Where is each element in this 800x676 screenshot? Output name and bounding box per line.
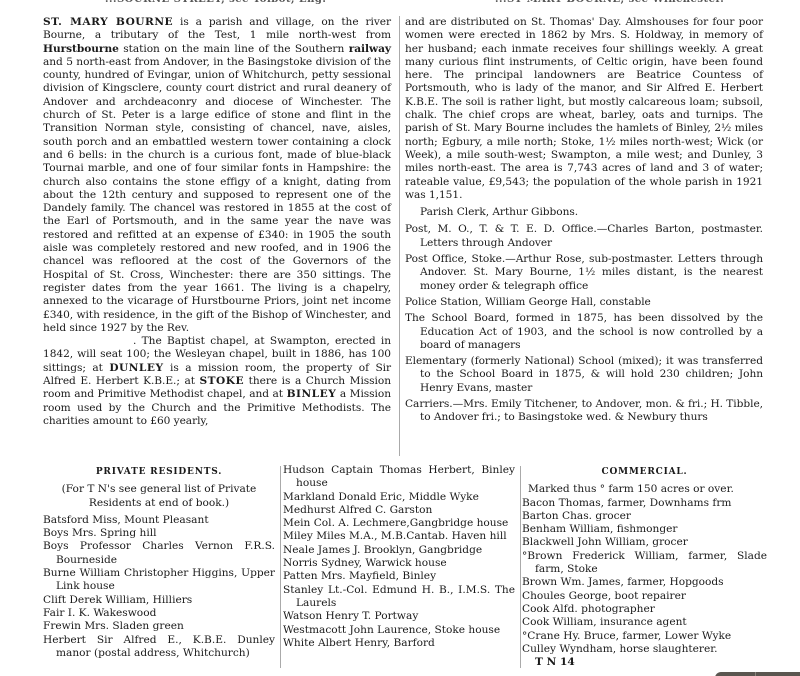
running-head-right: ...ST MARY BOURNE, see Winchester. bbox=[495, 0, 724, 4]
article-paragraph-2: . The Baptist chapel, at Swampton, erect… bbox=[43, 335, 391, 428]
list-item: Boys Professor Charles Vernon F.R.S. Bou… bbox=[43, 540, 275, 567]
parish-clerk: Parish Clerk, Arthur Gibbons. bbox=[405, 206, 763, 219]
running-head-left: ...SOURNE STREET, see Tolbot, Eng. bbox=[105, 0, 326, 4]
column-divider bbox=[399, 16, 400, 456]
list-item: Boys Mrs. Spring hill bbox=[43, 527, 275, 540]
official-entry: Elementary (formerly National) School (m… bbox=[405, 355, 763, 395]
column-divider bbox=[520, 466, 521, 668]
official-entry: The School Board, formed in 1875, has be… bbox=[405, 312, 763, 352]
article-continuation: and are distributed on St. Thomas' Day. … bbox=[405, 16, 763, 202]
private-residents-column-2: Hudson Captain Thomas Herbert, Binley ho… bbox=[283, 466, 515, 650]
page-code: T N 14 bbox=[522, 656, 767, 669]
list-item: Miley Miles M.A., M.B.Cantab. Haven hill bbox=[283, 530, 515, 543]
private-residents-heading: PRIVATE RESIDENTS. bbox=[43, 466, 275, 479]
list-item: Cook Alfd. photographer bbox=[522, 603, 767, 616]
list-item: Brown Wm. James, farmer, Hopgoods bbox=[522, 576, 767, 589]
list-item: Benham William, fishmonger bbox=[522, 523, 767, 536]
article-left-column: ST. MARY BOURNE is a parish and village,… bbox=[43, 16, 391, 428]
column-divider bbox=[280, 466, 281, 668]
list-item: Burne William Christopher Higgins, Upper… bbox=[43, 567, 275, 594]
list-item: Frewin Mrs. Sladen green bbox=[43, 620, 275, 633]
list-item: Westmacott John Laurence, Stoke house bbox=[283, 624, 515, 637]
list-item: Patten Mrs. Mayfield, Binley bbox=[283, 570, 515, 583]
list-item: Herbert Sir Alfred E., K.B.E. Dunley man… bbox=[43, 634, 275, 661]
commercial-heading: COMMERCIAL. bbox=[522, 466, 767, 479]
list-item: Clift Derek William, Hilliers bbox=[43, 594, 275, 607]
list-item: Culley Wyndham, horse slaughterer. bbox=[522, 643, 767, 656]
private-residents-list-1: Batsford Miss, Mount Pleasant Boys Mrs. … bbox=[43, 514, 275, 660]
commercial-list: Bacon Thomas, farmer, Downhams frm Barto… bbox=[522, 497, 767, 657]
list-item: Fair I. K. Wakeswood bbox=[43, 607, 275, 620]
official-entry: Police Station, William George Hall, con… bbox=[405, 296, 763, 309]
commercial-column: COMMERCIAL. Marked thus ° farm 150 acres… bbox=[522, 466, 767, 669]
private-residents-column-1: PRIVATE RESIDENTS. (For T N's see genera… bbox=[43, 466, 275, 660]
list-item: Blackwell John William, grocer bbox=[522, 536, 767, 549]
list-item: Norris Sydney, Warwick house bbox=[283, 557, 515, 570]
running-head: ...SOURNE STREET, see Tolbot, Eng. ...ST… bbox=[0, 0, 800, 4]
article-paragraph-1: ST. MARY BOURNE is a parish and village,… bbox=[43, 16, 391, 335]
commercial-note: Marked thus ° farm 150 acres or over. bbox=[522, 483, 767, 496]
list-item: Markland Donald Eric, Middle Wyke bbox=[283, 491, 515, 504]
list-item: Stanley Lt.-Col. Edmund H. B., I.M.S. Th… bbox=[283, 584, 515, 611]
list-item: Batsford Miss, Mount Pleasant bbox=[43, 514, 275, 527]
private-residents-note: (For T N's see general list of Private R… bbox=[43, 483, 275, 510]
list-item: Hudson Captain Thomas Herbert, Binley ho… bbox=[283, 464, 515, 491]
list-item: Cook William, insurance agent bbox=[522, 616, 767, 629]
list-item: Bacon Thomas, farmer, Downhams frm bbox=[522, 497, 767, 510]
list-item: Watson Henry T. Portway bbox=[283, 610, 515, 623]
place-heading: ST. MARY BOURNE bbox=[43, 16, 173, 28]
list-item: Neale James J. Brooklyn, Gangbridge bbox=[283, 544, 515, 557]
official-entry: Carriers.—Mrs. Emily Titchener, to Andov… bbox=[405, 398, 763, 425]
list-item: °Brown Frederick William, farmer, Slade … bbox=[522, 550, 767, 577]
list-item: Mein Col. A. Lechmere,Gangbridge house bbox=[283, 517, 515, 530]
list-item: Barton Chas. grocer bbox=[522, 510, 767, 523]
list-item: Medhurst Alfred C. Garston bbox=[283, 504, 515, 517]
article-right-column: and are distributed on St. Thomas' Day. … bbox=[405, 16, 763, 428]
list-item: White Albert Henry, Barford bbox=[283, 637, 515, 650]
official-entry: Post, M. O., T. & T. E. D. Office.—Charl… bbox=[405, 223, 763, 250]
toolbar-separator bbox=[755, 672, 756, 676]
list-item: °Crane Hy. Bruce, farmer, Lower Wyke bbox=[522, 630, 767, 643]
list-item: Choules George, boot repairer bbox=[522, 590, 767, 603]
official-entry: Post Office, Stoke.—Arthur Rose, sub-pos… bbox=[405, 253, 763, 293]
private-residents-list-2: Hudson Captain Thomas Herbert, Binley ho… bbox=[283, 464, 515, 650]
viewer-toolbar-edge[interactable] bbox=[715, 672, 800, 676]
